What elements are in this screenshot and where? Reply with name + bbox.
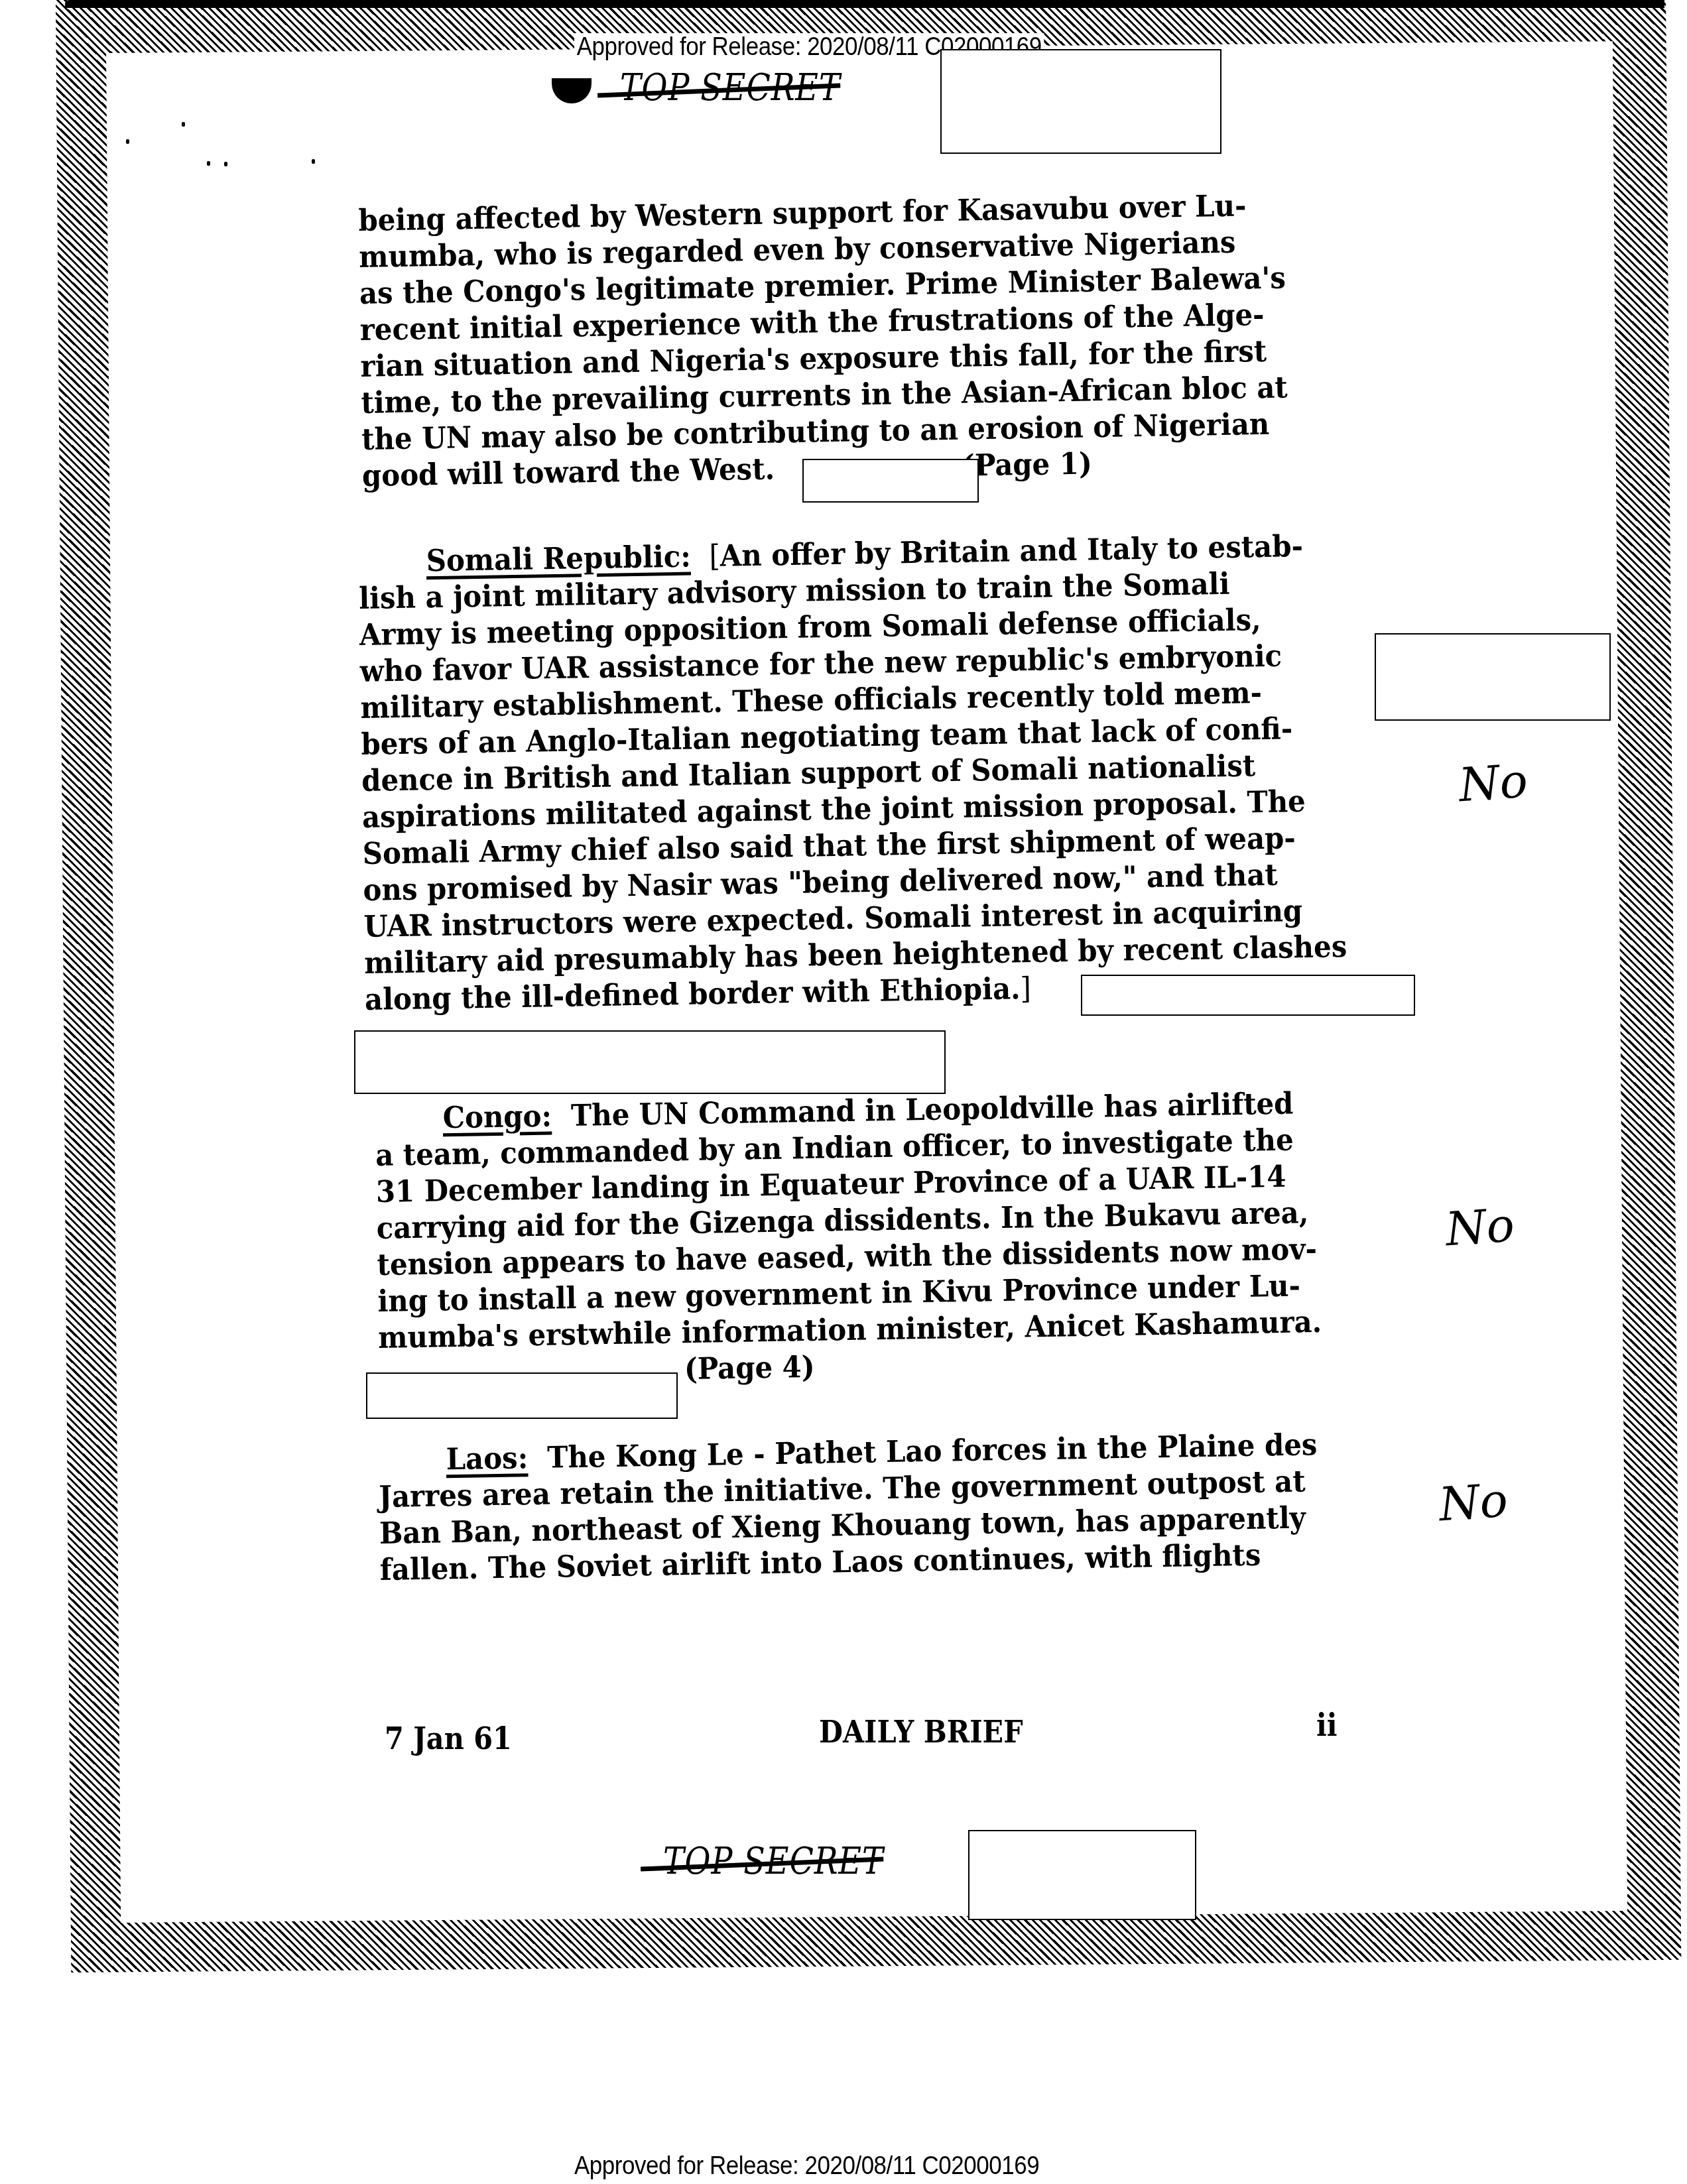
redaction-box xyxy=(354,1030,946,1094)
handwritten-note: No xyxy=(1444,1197,1516,1256)
redaction-box xyxy=(1375,633,1611,721)
text-segment: good will toward the West. xyxy=(362,451,775,493)
redaction-box xyxy=(366,1372,678,1419)
scan-speck xyxy=(207,161,210,166)
redaction-box xyxy=(1081,975,1415,1016)
footer-title: DAILY BRIEF xyxy=(819,1714,1023,1750)
classification-marking-bottom: TOP SECRET xyxy=(663,1840,884,1883)
paragraph-somali-republic: Somali Republic: [An offer by Britain an… xyxy=(358,527,1347,1018)
paragraph-nigeria-continued: being affected by Western support for Ka… xyxy=(358,186,1289,494)
footer-page-number: ii xyxy=(1316,1707,1337,1743)
scan-frame-top-edge xyxy=(65,0,1664,8)
paragraph-congo: Congo: The UN Command in Leopoldville ha… xyxy=(375,1085,1322,1392)
handwritten-note: No xyxy=(1457,753,1529,812)
page-reference: (Page 4) xyxy=(684,1349,815,1386)
paragraph-laos: Laos: The Kong Le - Pathet Lao forces in… xyxy=(378,1426,1319,1588)
scan-speck xyxy=(312,159,315,164)
handwritten-note: No xyxy=(1437,1473,1509,1532)
section-heading-laos: Laos: xyxy=(446,1440,528,1477)
classification-marking-top: TOP SECRET xyxy=(620,66,841,109)
footer-date: 7 Jan 61 xyxy=(385,1721,512,1756)
scan-speck xyxy=(224,162,227,166)
scan-speck xyxy=(126,139,129,144)
redaction-box xyxy=(968,1830,1196,1920)
redaction-box xyxy=(940,49,1221,154)
scan-speck xyxy=(182,122,185,127)
section-heading-somali: Somali Republic: xyxy=(426,539,691,579)
redaction-box xyxy=(802,459,979,503)
section-heading-congo: Congo: xyxy=(442,1098,552,1135)
page-reference: (Page 1) xyxy=(962,446,1092,483)
release-stamp-bottom: Approved for Release: 2020/08/11 C020001… xyxy=(574,2152,1039,2181)
